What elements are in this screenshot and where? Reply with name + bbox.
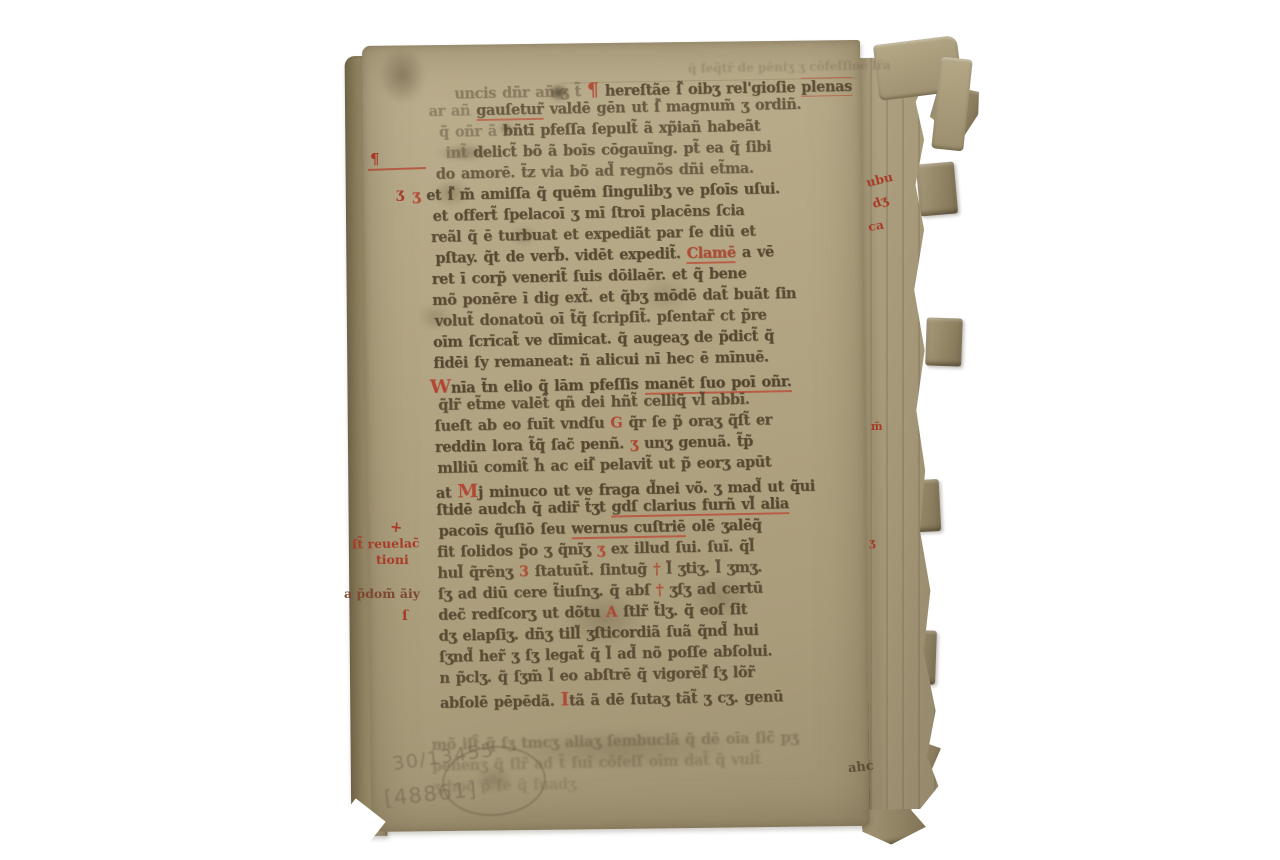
fore-edge-tab [916,161,958,216]
text-segment: ¶ [587,79,599,101]
text-segment: a vē [735,243,773,261]
margin-note-left: a p̃dom̃ ãiy [344,586,420,601]
text-segment: reddin lora t̃q̃ ſac̃ penñ. [435,435,630,456]
manuscript-photo: q̃ ſeq̃tr̃ de pēniʒ ʒ cõfeſſioē lr̃a unc… [0,0,1280,860]
text-segment: ʒ [412,187,426,204]
red-paraph-mark: ¶ [370,150,380,168]
text-segment: A [606,603,617,620]
text-segment: ar añ [428,102,476,120]
text-segment: at [436,485,458,502]
margin-mark-right: m̃ [871,420,883,433]
text-segment: ſtatuūt̃. ſintug̃ [528,561,653,580]
text-segment: wernus cuſtriē [571,518,686,539]
quire-mark: ahc [847,759,874,777]
margin-note-left: ʒ [396,186,404,202]
text-segment: pacoīs q̃uſiō ſeu [438,520,571,540]
text-segment: ʒſʒ ad certū [663,580,763,599]
text-segment: abſolē pēpēdã. [440,693,561,712]
text-segment: l̃ ʒtiʒ. l̃ ʒmʒ. [660,559,762,578]
text-segment: pſtay. q̃t de verb̃. vidēt expedit̃. [435,245,687,267]
book-block: q̃ ſeq̃tr̃ de pēniʒ ʒ cõfeſſioē lr̃a unc… [340,30,1000,850]
text-block: uncis dñr añ ʒ t̃ ¶ hereſtãe ſ̃ oibʒ rel… [428,73,892,712]
text-segment: Clamē [686,244,735,264]
text-segment: ſtlr̃ t̃lʒ. q̃ eoſ ſit [617,601,747,620]
margin-squiggle: ſ [402,608,408,624]
text-segment: unʒ genuã. t̃p̃ [638,433,753,452]
text-segment: hul̃ q̃rēnʒ [437,563,519,582]
text-segment: bñtī pfeſſa ſepult̃ ã xp̃iañ habeãt [503,118,761,140]
text-segment: q̃ oñr ã [439,123,503,141]
margin-note-left: tioni [376,552,409,567]
fore-edge-tab [925,317,963,366]
margin-note-right: ca [867,217,885,235]
margin-cross-mark: + [389,517,404,537]
text-segment: plenas [801,77,852,97]
text-segment: ſueſt ab eo fuīt vndſu [434,415,610,435]
text-segment: valdē gēn ut ſ̃ magnum̃ ʒ ordiñ. [543,96,801,118]
text-segment: gauſetur̃ [476,101,544,121]
text-segment: 3 [519,563,529,580]
text-segment: ſʒ ad diū cere t̃iuſnʒ. q̃ abſ [438,582,656,603]
text-segment: G [610,414,622,431]
text-segment: fit ſolidos p̃o ʒ q̃nĩʒ [437,541,597,561]
text-segment: dec̃ redſcorʒ ut dõtu [438,604,606,624]
text-segment: gdſ clarius furñ vl̃ alia [611,495,789,517]
text-segment: olē ʒalēq̃ [685,517,761,535]
text-segment: q̃r ſe p̃ oraʒ q̃ſt̃ er [622,411,772,431]
text-segment: int̃ [445,144,473,162]
text-segment: M [457,480,478,502]
text-segment: ſtidē audch̃ q̃ adir̃ t̃ʒt [436,499,612,519]
margin-mark-right: ʒ [869,536,875,549]
text-segment: ex illud ſui. ſuı̃. q̃l̃ [604,538,754,558]
text-segment: W [430,376,451,398]
margin-note-left: ſt̃ reuelac̃ [352,535,420,551]
